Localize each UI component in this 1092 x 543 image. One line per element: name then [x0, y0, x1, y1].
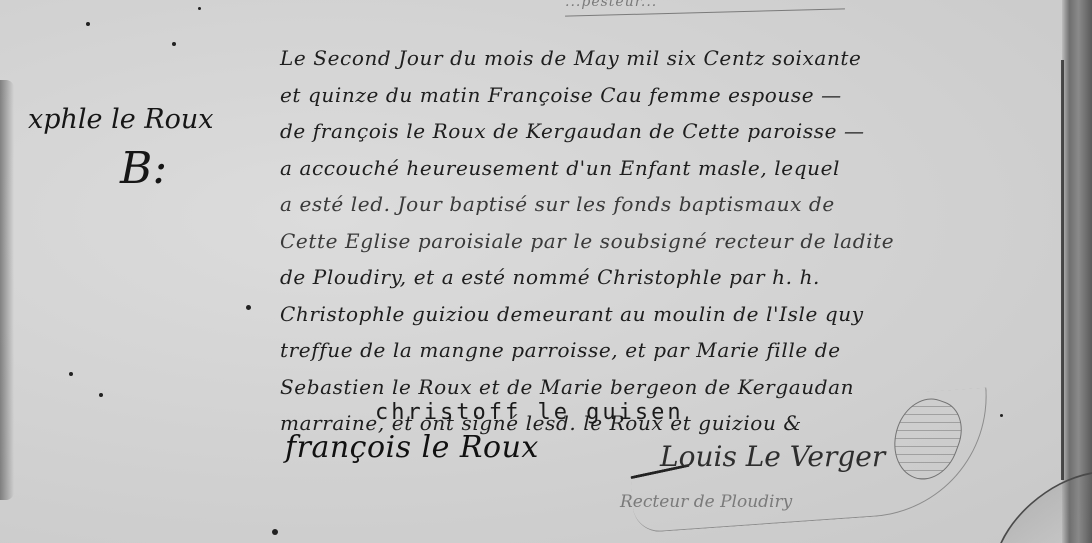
ink-speck — [99, 393, 103, 397]
ink-speck — [1000, 414, 1003, 417]
ink-speck — [172, 42, 176, 46]
ink-speck — [198, 7, 201, 10]
entry-line-7: de Ploudiry, et a esté nommé Christophle… — [280, 259, 1070, 296]
entry-line-9: treffue de la mangne parroisse, et par M… — [280, 332, 1070, 369]
page-curl — [1000, 471, 1092, 543]
father-signature: françois le Roux — [285, 430, 539, 465]
margin-baptism-mark: B: — [120, 143, 167, 194]
margin-child-name: xphle le Roux — [28, 104, 214, 135]
baptism-entry-text: Le Second Jour du mois de May mil six Ce… — [280, 40, 1070, 442]
entry-line-6: Cette Eglise paroisiale par le soubsigné… — [280, 223, 1070, 260]
priest-title: Recteur de Ploudiry — [620, 492, 792, 512]
entry-line-3: de françois le Roux de Kergaudan de Cett… — [280, 113, 1070, 150]
ink-speck — [86, 22, 90, 26]
entry-line-2: et quinze du matin Françoise Cau femme e… — [280, 77, 1070, 114]
entry-line-5: a esté led. Jour baptisé sur les fonds b… — [280, 186, 1070, 223]
entry-line-1: Le Second Jour du mois de May mil six Ce… — [280, 40, 1070, 77]
ink-speck — [69, 372, 73, 376]
register-page: ...pesteur... xphle le Roux B: Le Second… — [0, 0, 1092, 543]
entry-line-4: a accouché heureusement d'un Enfant masl… — [280, 150, 1070, 187]
entry-line-8: Christophle guiziou demeurant au moulin … — [280, 296, 1070, 333]
ink-speck — [272, 529, 278, 535]
ink-speck — [246, 305, 251, 310]
header-fragment: ...pesteur... — [565, 0, 657, 10]
page-edge-shadow — [0, 80, 14, 500]
